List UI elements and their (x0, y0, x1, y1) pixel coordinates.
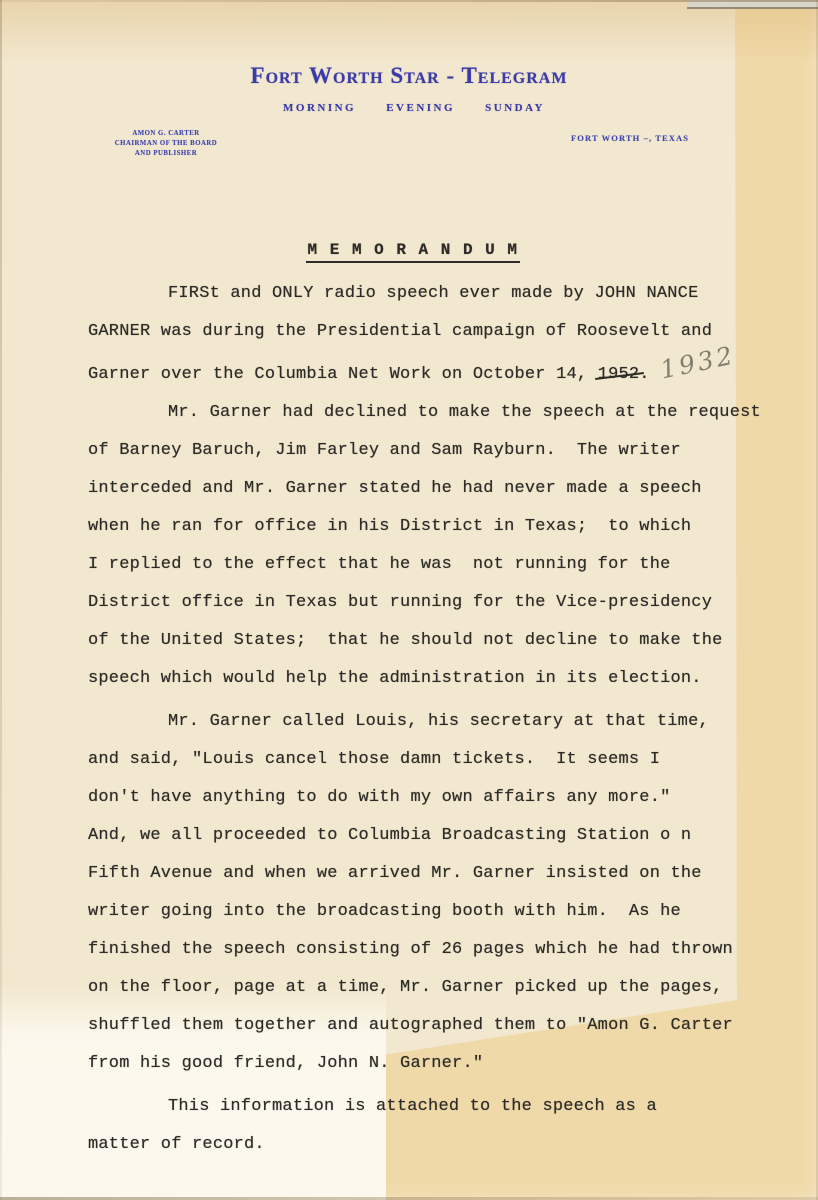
memo-line: I replied to the effect that he was not … (88, 546, 738, 584)
memo-line: GARNER was during the Presidential campa… (88, 313, 738, 351)
memo-line: Mr. Garner called Louis, his secretary a… (88, 703, 738, 741)
scanned-memo-page: Fort Worth Star - Telegram MORNING EVENI… (0, 0, 818, 1200)
edition-morning-label: MORNING (283, 102, 356, 114)
memo-line: don't have anything to do with my own af… (88, 779, 738, 817)
memo-line: on the floor, page at a time, Mr. Garner… (88, 969, 738, 1007)
memo-line: writer going into the broadcasting booth… (88, 893, 738, 931)
memo-line: Fifth Avenue and when we arrived Mr. Gar… (88, 855, 738, 893)
date-line-period: . (639, 365, 649, 384)
memo-date-line: Garner over the Columbia Net Work on Oct… (88, 351, 738, 389)
memo-line: when he ran for office in his District i… (88, 508, 738, 546)
memo-title-row: M E M O R A N D U M (88, 241, 738, 262)
letterhead-publisher-block: AMON G. CARTER CHAIRMAN OF THE BOARD AND… (112, 129, 220, 159)
letterhead-editions: MORNING EVENING SUNDAY (283, 102, 545, 114)
publisher-name: AMON G. CARTER (112, 129, 220, 139)
memo-line: Mr. Garner had declined to make the spee… (88, 394, 738, 432)
memo-line: and said, "Louis cancel those damn ticke… (88, 741, 738, 779)
letterhead-location: FORT WORTH –, TEXAS (571, 133, 689, 143)
struck-typed-year: 1952 (598, 356, 640, 394)
memo-title: M E M O R A N D U M (306, 241, 521, 263)
publisher-role-line1: CHAIRMAN OF THE BOARD (112, 139, 220, 149)
memo-text-block: FIRSt and ONLY radio speech ever made by… (88, 275, 738, 1164)
memo-body: M E M O R A N D U M FIRSt and ONLY radio… (88, 241, 738, 1164)
memo-line: District office in Texas but running for… (88, 584, 738, 622)
memo-line: finished the speech consisting of 26 pag… (88, 931, 738, 969)
memo-line: interceded and Mr. Garner stated he had … (88, 470, 738, 508)
memo-line: This information is attached to the spee… (88, 1088, 738, 1126)
memo-line: speech which would help the administrati… (88, 660, 738, 698)
edition-sunday-label: SUNDAY (485, 102, 545, 114)
publisher-role-line2: AND PUBLISHER (112, 149, 220, 159)
memo-line: matter of record. (88, 1126, 738, 1164)
memo-line: And, we all proceeded to Columbia Broadc… (88, 817, 738, 855)
edition-evening-label: EVENING (386, 102, 455, 114)
memo-line: shuffled them together and autographed t… (88, 1007, 738, 1045)
memo-line: of the United States; that he should not… (88, 622, 738, 660)
memo-line: from his good friend, John N. Garner." (88, 1045, 738, 1083)
paper-edge-left (0, 0, 2, 1200)
letterhead-newspaper-name: Fort Worth Star - Telegram (0, 63, 818, 89)
memo-line: of Barney Baruch, Jim Farley and Sam Ray… (88, 432, 738, 470)
memo-line: FIRSt and ONLY radio speech ever made by… (88, 275, 738, 313)
paper-edge-top (0, 0, 818, 2)
date-line-text: Garner over the Columbia Net Work on Oct… (88, 365, 598, 384)
